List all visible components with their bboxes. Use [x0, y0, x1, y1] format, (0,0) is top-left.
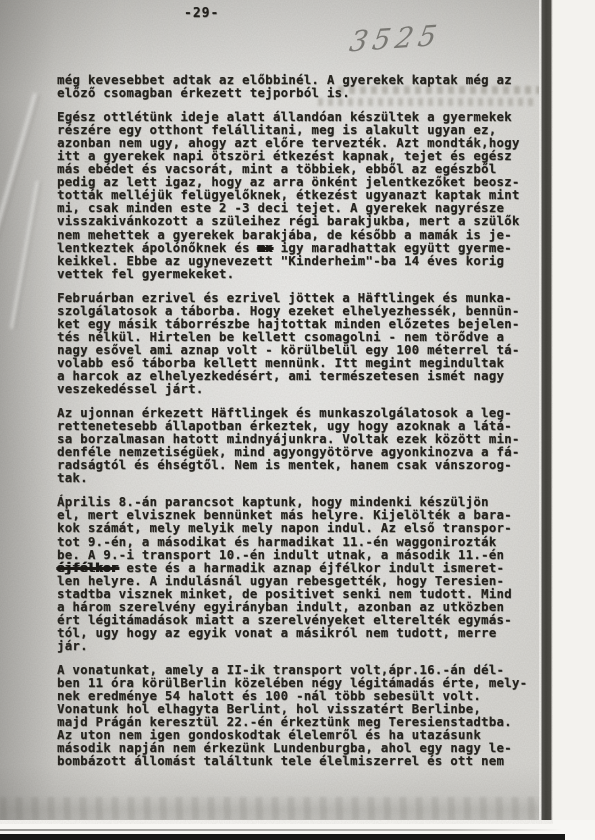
- typewritten-line: keikkel. Ebbe az ugynevezett "Kinderheim…: [57, 254, 535, 267]
- typewritten-line: jár.: [57, 639, 535, 652]
- typewritten-line: visszakivánkozott a szüleihez régi barak…: [57, 214, 535, 227]
- paragraph: A vonatunkat, amely a II-ik transport vo…: [57, 663, 535, 767]
- typewritten-line: szolgálatosok a táborba. Hogy ezeket elh…: [57, 304, 535, 317]
- paragraph: Egész ottlétünk ideje alatt állandóan ké…: [57, 110, 535, 280]
- scanned-document-page: -29- 3525 még kevesebbet adtak az előbbi…: [0, 0, 595, 840]
- typewritten-line: előző csomagban érkezett tejporból is.: [57, 86, 535, 99]
- typewritten-line: vettek fel gyermekeket.: [57, 267, 535, 280]
- typewritten-line: tés nélkül. Hirtelen be kellett csomagol…: [57, 330, 535, 343]
- typewritten-line: kok számát, mely melyik mely napon indul…: [57, 521, 535, 534]
- typewritten-line: lentkeztek ápolónőknek és mx igy maradha…: [57, 241, 535, 254]
- typewritten-line: tot 9.-én, a másodikat és harmadikat 11.…: [57, 535, 535, 548]
- typewritten-line: tak.: [57, 471, 535, 484]
- text-block: még kevesebbet adtak az előbbinél. A gye…: [57, 73, 535, 778]
- typewritten-line: a három szerelvény egyirányban indult, a…: [57, 600, 535, 613]
- paragraph: még kevesebbet adtak az előbbinél. A gye…: [57, 73, 535, 99]
- typewritten-line: A vonatunkat, amely a II-ik transport vo…: [57, 663, 535, 676]
- typewritten-line: stadtba visznek minket, de positivet sen…: [57, 587, 535, 600]
- typewritten-line: nem mehettek a gyerekek barakjába, de ké…: [57, 228, 535, 241]
- typewritten-line: radságtól és éhségtől. Nem is mentek, ha…: [57, 458, 535, 471]
- typewritten-line: be. A 9.-i transport 10.-én indult utnak…: [57, 548, 535, 561]
- handwritten-annotation: 3525: [347, 19, 444, 59]
- typewritten-line: tól, ugy hogy az egyik vonat a másikról …: [57, 626, 535, 639]
- page-edge-line: [0, 829, 562, 831]
- paragraph: Április 8.-án parancsot kaptunk, hogy mi…: [57, 495, 535, 652]
- typewritten-line: veszekedéssel járt.: [57, 382, 535, 395]
- scanner-margin: [553, 0, 595, 840]
- page-edge-shadow: [539, 0, 553, 820]
- paragraph: Februárban ezrivel és ezrivel jöttek a H…: [57, 291, 535, 395]
- typewritten-line: éjfélkor este és a harmadik aznap éjfélk…: [57, 561, 535, 574]
- typewritten-line: ért légitámadások miatt a szerelvényeket…: [57, 613, 535, 626]
- typewritten-line: bombázott állomást találtunk tele élelmi…: [57, 754, 535, 767]
- scan-border-bottom: [0, 834, 565, 840]
- scan-smudge: [0, 797, 545, 820]
- page-number: -29-: [184, 6, 219, 21]
- typewritten-line: nagy esővel ami aznap volt - körülbelül …: [57, 343, 535, 356]
- typewritten-line: len helyre. A indulásnál ugyan rebesgett…: [57, 574, 535, 587]
- typewritten-line: Februárban ezrivel és ezrivel jöttek a H…: [57, 291, 535, 304]
- paragraph: Az ujonnan érkezett Häftlingek és munkas…: [57, 406, 535, 484]
- typewritten-line: ket egy másik táborrészbe hajtottak mind…: [57, 317, 535, 330]
